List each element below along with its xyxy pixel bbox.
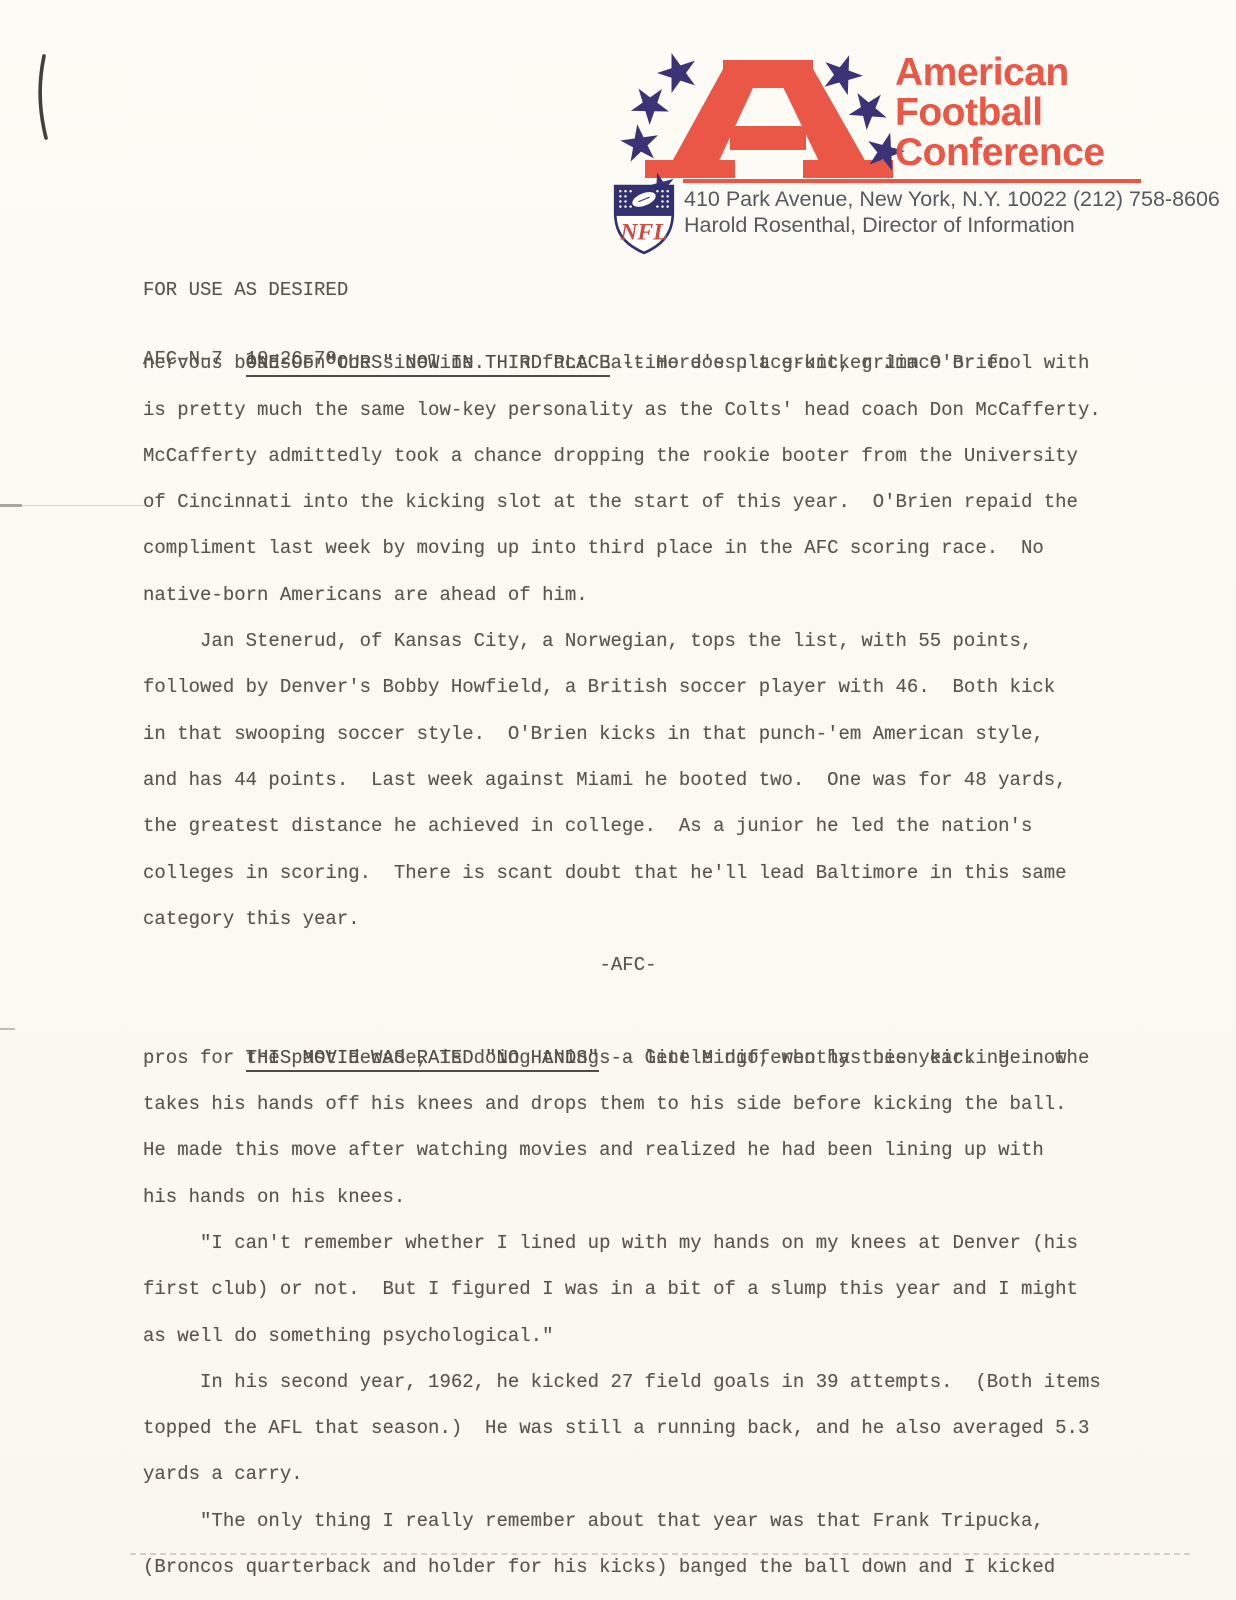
contact-line: Harold Rosenthal, Director of Informatio…: [684, 212, 1220, 238]
address-block: 410 Park Avenue, New York, N.Y. 10022 (2…: [684, 186, 1220, 238]
org-name-line: Football: [895, 93, 1105, 133]
afc-divider: -AFC-: [143, 942, 1113, 988]
nfl-shield-logo: NFL: [611, 183, 677, 255]
typed-line: topped the AFL that season.) He was stil…: [143, 1405, 1113, 1451]
star-icon: [618, 122, 661, 163]
typed-line: In his second year, 1962, he kicked 27 f…: [143, 1359, 1113, 1405]
typed-line: Jan Stenerud, of Kansas City, a Norwegia…: [143, 618, 1113, 664]
nfl-shield-label: NFL: [619, 220, 667, 246]
scanned-press-release-page: { "colors": { "brand_red": "#ea5747", "s…: [0, 0, 1236, 1600]
typed-line: in that swooping soccer style. O'Brien k…: [143, 711, 1113, 757]
typed-line: (Broncos quarterback and holder for his …: [143, 1544, 1113, 1590]
section2-headline-line: THIS MOVIE WAS RATED "NO HANDS" -- Gene …: [143, 988, 1113, 1034]
typed-line: as well do something psychological.": [143, 1313, 1113, 1359]
typed-line: first club) or not. But I figured I was …: [143, 1266, 1113, 1312]
fold-crease-line: [0, 505, 150, 506]
typed-line: takes his hands off his knees and drops …: [143, 1081, 1113, 1127]
star-icon: [653, 47, 703, 95]
typed-line: is pretty much the same low-key personal…: [143, 387, 1113, 433]
typed-line: pros for the past decade, is doing thing…: [143, 1035, 1113, 1081]
typed-line: "The only thing I really remember about …: [143, 1498, 1113, 1544]
typed-line: followed by Denver's Bobby Howfield, a B…: [143, 664, 1113, 710]
typed-line: native-born Americans are ahead of him.: [143, 572, 1113, 618]
typed-line: of Cincinnati into the kicking slot at t…: [143, 479, 1113, 525]
typed-line: nervous beads on the sideline. In fact B…: [143, 340, 1113, 386]
typed-line: compliment last week by moving up into t…: [143, 525, 1113, 571]
typed-line: his hands on his knees.: [143, 1174, 1113, 1220]
section1-paragraph-lines: nervous beads on the sideline. In fact B…: [143, 340, 1113, 942]
typed-line: yards a carry.: [143, 1451, 1113, 1497]
org-name-line: American: [895, 53, 1105, 93]
typed-line: McCafferty admittedly took a chance drop…: [143, 433, 1113, 479]
typed-line: "I can't remember whether I lined up wit…: [143, 1220, 1113, 1266]
address-line: 410 Park Avenue, New York, N.Y. 10022 (2…: [684, 186, 1220, 212]
org-name-line: Conference: [895, 133, 1105, 173]
typed-line: colleges in scoring. There is scant doub…: [143, 850, 1113, 896]
typed-line: the greatest distance he achieved in col…: [143, 803, 1113, 849]
star-icon: [843, 82, 895, 134]
typed-line: and has 44 points. Last week against Mia…: [143, 757, 1113, 803]
fold-crease-mark: [0, 1028, 15, 1030]
org-name: American Football Conference: [895, 53, 1105, 173]
pen-mark: [33, 52, 55, 144]
star-icon: [623, 78, 675, 129]
typed-line: He made this move after watching movies …: [143, 1127, 1113, 1173]
article-body: ONE OF "OURS" NOW IN THIRD PLACE -- He d…: [143, 294, 1113, 1590]
section2-paragraph-lines: pros for the past decade, is doing thing…: [143, 1035, 1113, 1591]
section1-headline-line: ONE OF "OURS" NOW IN THIRD PLACE -- He d…: [143, 294, 1113, 340]
afc-a-logo: [603, 48, 909, 196]
typed-line: category this year.: [143, 896, 1113, 942]
letterhead-rule: [683, 179, 1141, 183]
